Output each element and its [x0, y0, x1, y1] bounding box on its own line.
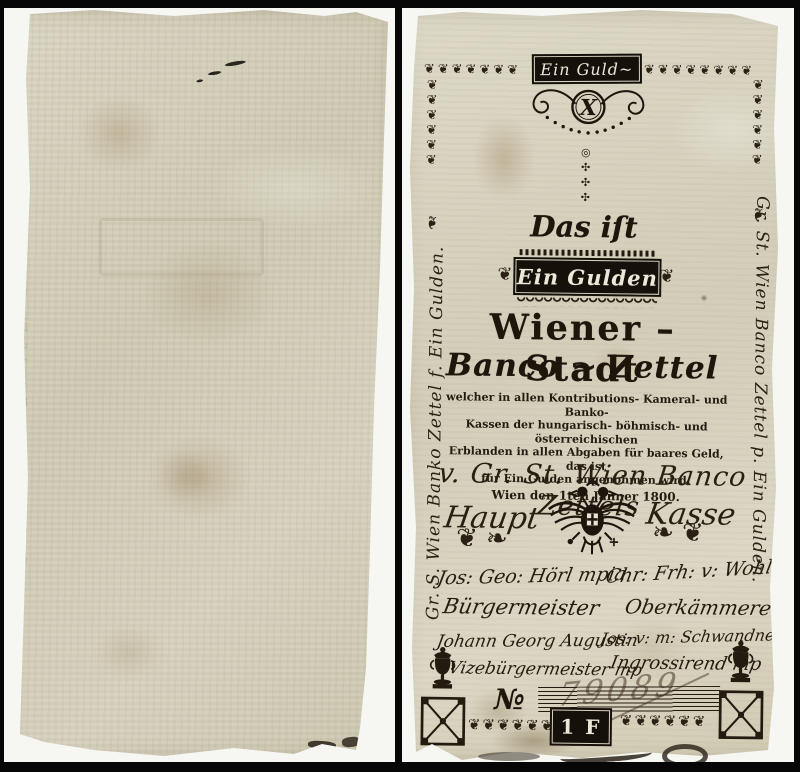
paper-edge-shading: [4, 8, 396, 762]
banknote-back: Gr. S. Wien Banko Zettel f. Ein Gulden.: [4, 8, 396, 762]
frame-right-edge: [794, 0, 800, 772]
frame-center-divider: [395, 0, 402, 772]
frame-left-edge: [0, 0, 4, 772]
showthrough-writing: [478, 752, 540, 761]
paper-edge-shading: [402, 8, 794, 762]
banknote-front: ❦❦❦❦❦❦❦ Ein Guld~ ❦❦❦❦❦❦❦❦ ❦❦❦❦❦❦ ❦❦❦❦❦❦…: [402, 8, 794, 762]
